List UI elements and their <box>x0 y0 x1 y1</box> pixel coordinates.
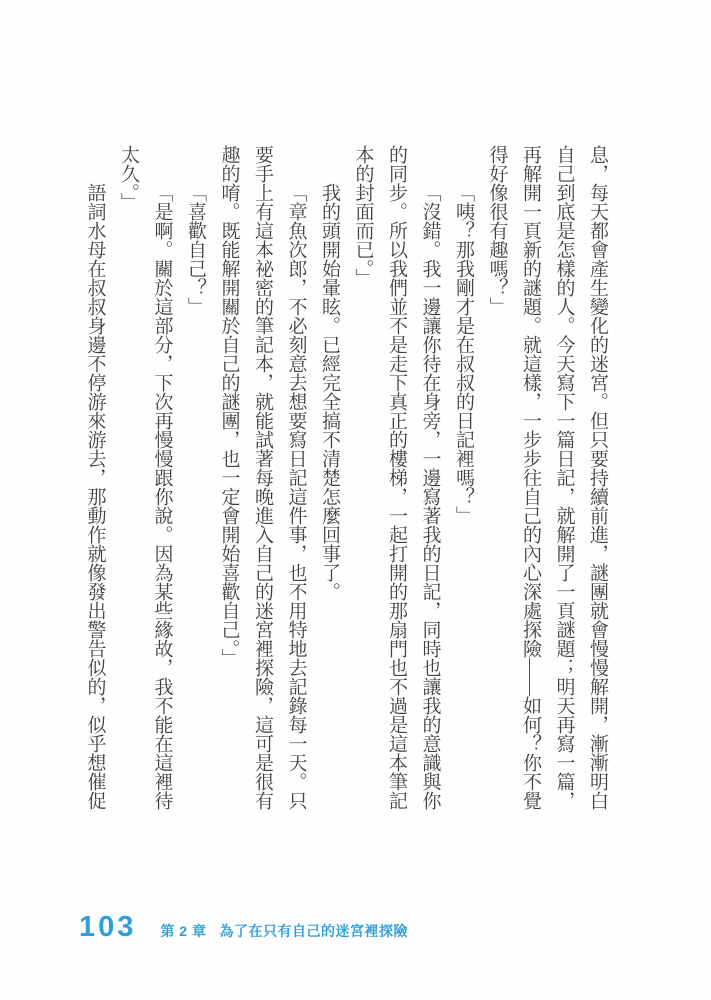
paragraph-2: 「咦？那我剛才是在叔叔的日記裡嗎？」 <box>447 145 481 813</box>
paragraph-4: 我的頭開始暈眩。已經完全搞不清楚怎麼回事了。 <box>313 145 347 813</box>
chapter-label: 第 2 章 <box>160 921 206 941</box>
paragraph-6: 「喜歡自己？」 <box>179 145 213 813</box>
page-number: 103 <box>79 911 136 944</box>
page-footer: 103 第 2 章 為了在只有自己的迷宮裡探險 <box>79 911 408 944</box>
paragraph-7: 「是啊。關於這部分，下次再慢慢跟你說。因為某些緣故，我不能在這裡待太久。」 <box>112 145 179 813</box>
paragraph-3: 「沒錯。我一邊讓你待在身旁，一邊寫著我的日記，同時也讓我的意識與你的同步。所以我… <box>346 145 447 813</box>
paragraph-5: 「章魚次郎，不必刻意去想要寫日記這件事，也不用特地去記錄每一天。只要手上有這本祕… <box>212 145 313 813</box>
page-text: 息，每天都會產生變化的迷宮。但只要持續前進，謎團就會慢慢解開，漸漸明白自己到底是… <box>77 145 614 813</box>
book-page: 息，每天都會產生變化的迷宮。但只要持續前進，謎團就會慢慢解開，漸漸明白自己到底是… <box>0 0 711 1000</box>
paragraph-1: 息，每天都會產生變化的迷宮。但只要持續前進，謎團就會慢慢解開，漸漸明白自己到底是… <box>480 145 614 813</box>
chapter-title: 為了在只有自己的迷宮裡探險 <box>219 921 408 941</box>
chapter-heading: 第 2 章 為了在只有自己的迷宮裡探險 <box>160 921 408 941</box>
paragraph-8: 語詞水母在叔叔身邊不停游來游去，那動作就像發出警告似的，似乎想催促 <box>78 145 112 813</box>
